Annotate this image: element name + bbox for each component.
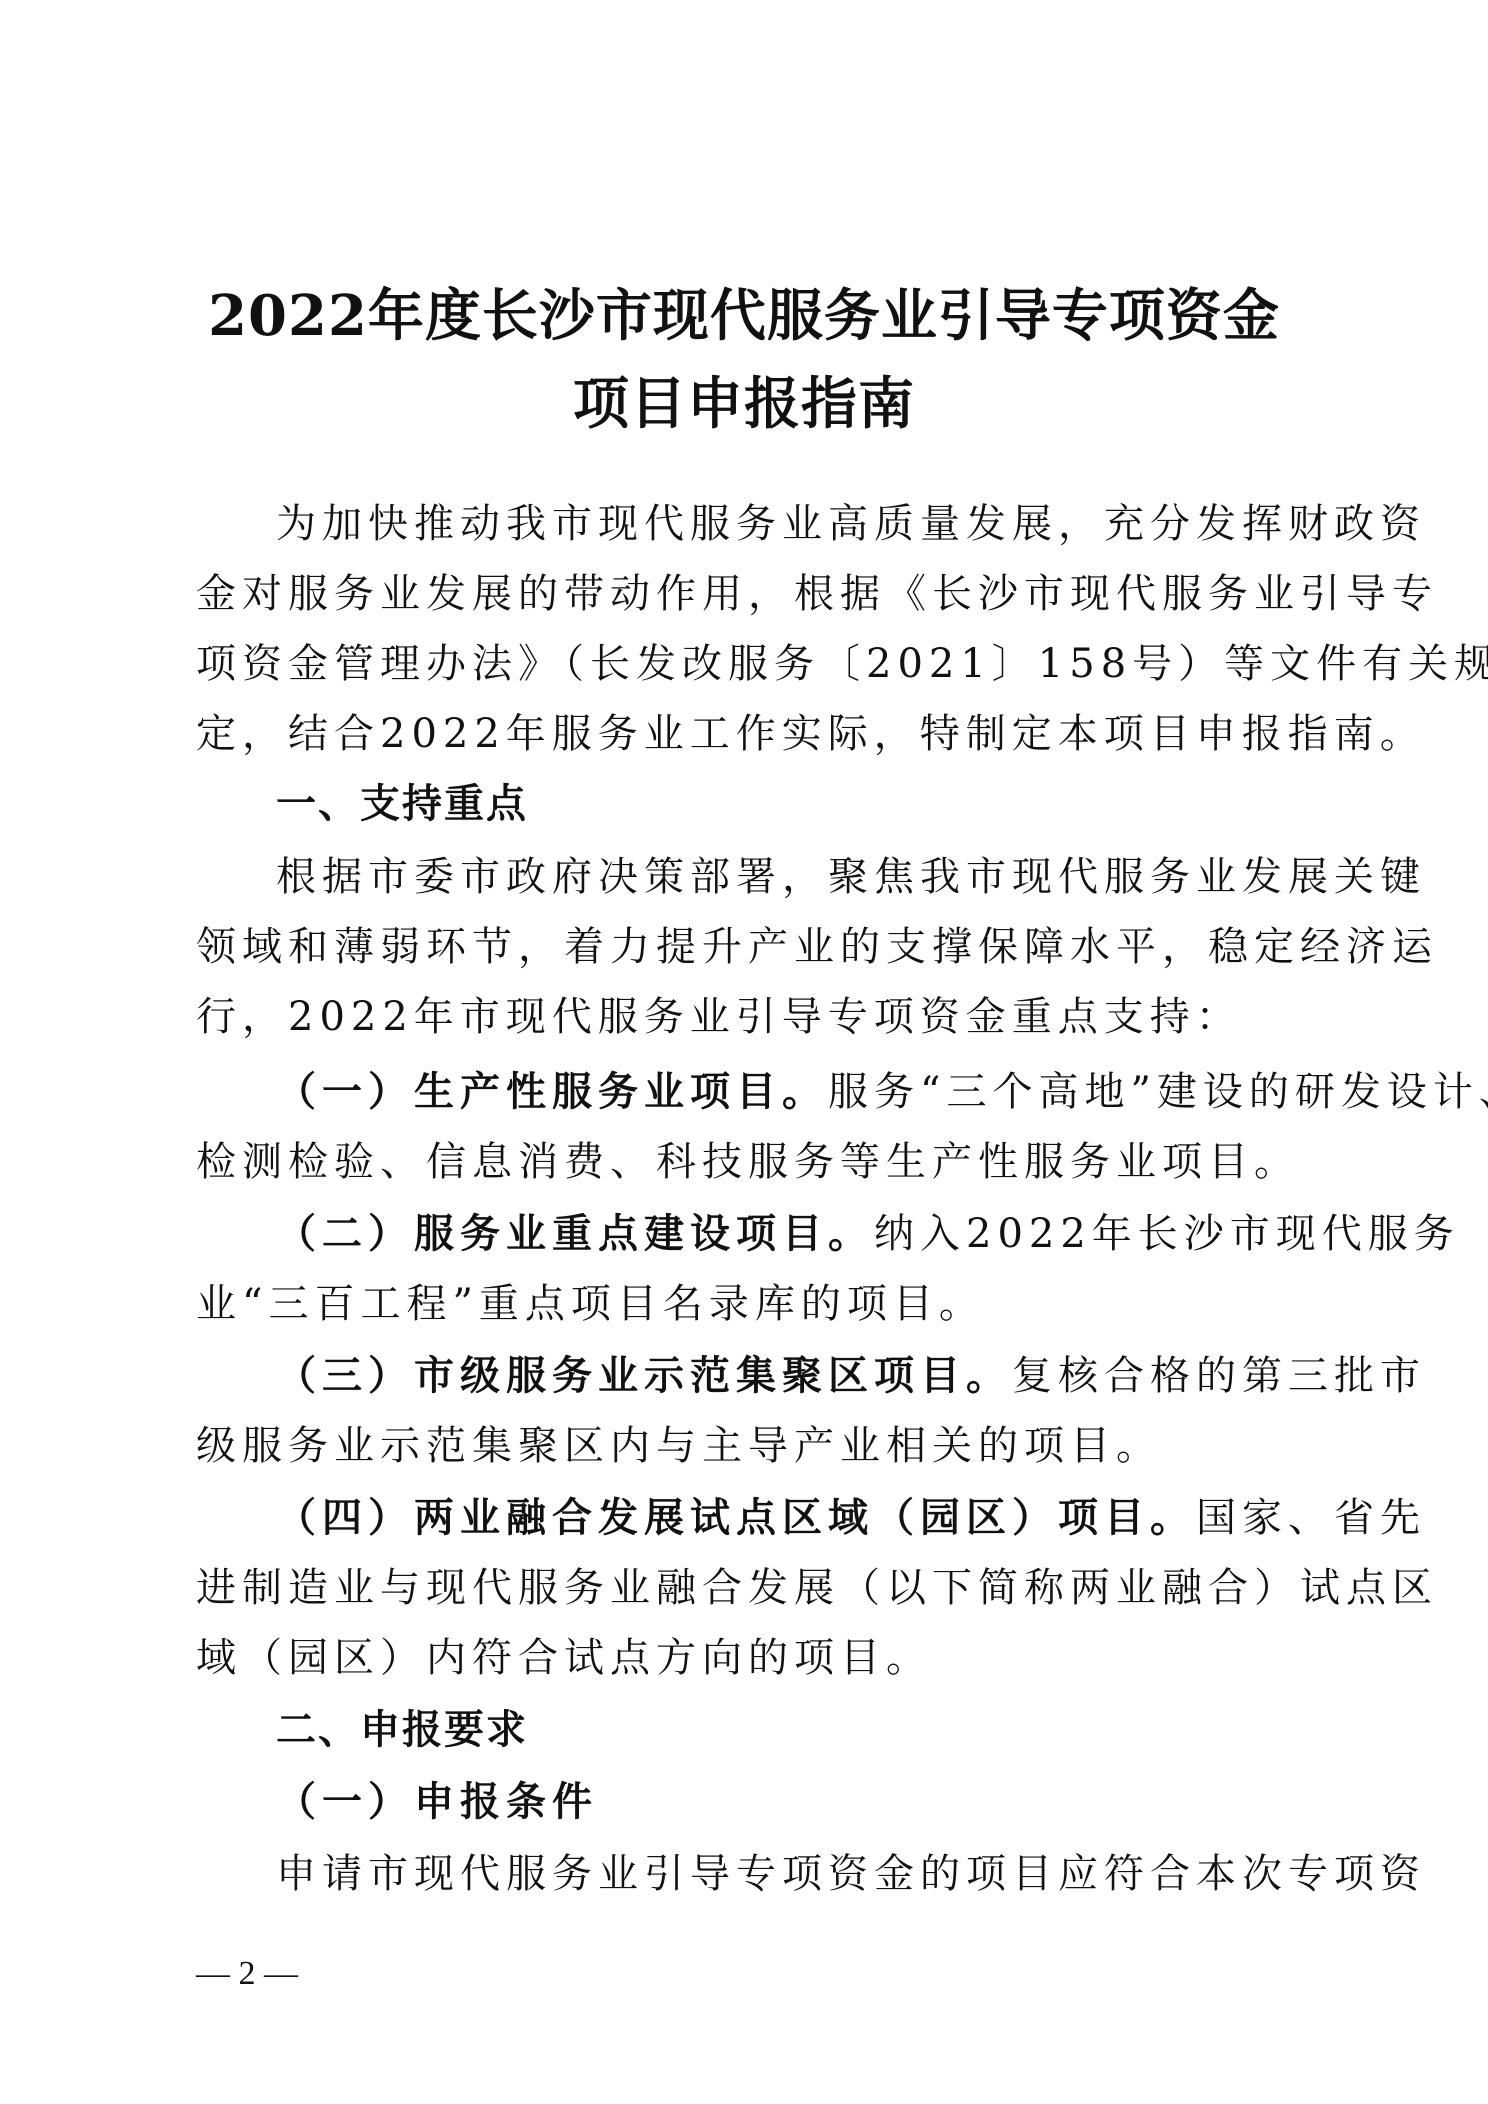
support-item: （一）生产性服务业项目。服务“三个高地”建设的研发设计、 <box>276 1068 1296 1116</box>
item-text: 国家、省先 <box>1196 1495 1426 1541</box>
item-text: 纳入2022年长沙市现代服务 <box>874 1211 1460 1257</box>
support-item: （二）服务业重点建设项目。纳入2022年长沙市现代服务 <box>276 1210 1296 1258</box>
support-item: （四）两业融合发展试点区域（园区）项目。国家、省先 <box>276 1494 1296 1542</box>
item-title: （三）市级服务业示范集聚区项目。 <box>276 1353 1012 1399</box>
intro-line: 金对服务业发展的带动作用，根据《长沙市现代服务业引导专 <box>196 570 1296 618</box>
intro-line: 项资金管理办法》（长发改服务〔2021〕158号）等文件有关规 <box>196 640 1296 688</box>
intro-line: 为加快推动我市现代服务业高质量发展，充分发挥财政资 <box>276 500 1296 548</box>
item-title: （一）生产性服务业项目。 <box>276 1069 828 1115</box>
sub-heading-text: （一）申报条件 <box>276 1779 598 1825</box>
body-line: 行，2022年市现代服务业引导专项资金重点支持： <box>196 993 1296 1041</box>
body-line: 检测检验、信息消费、科技服务等生产性服务业项目。 <box>196 1138 1296 1186</box>
page-number: — 2 — <box>196 1955 298 1993</box>
section-heading: 二、申报要求 <box>276 1706 1296 1754</box>
body-line: 领域和薄弱环节，着力提升产业的支撑保障水平，稳定经济运 <box>196 923 1296 971</box>
body-line: 级服务业示范集聚区内与主导产业相关的项目。 <box>196 1422 1296 1470</box>
document-title-line1: 2022年度长沙市现代服务业引导专项资金 <box>0 272 1488 352</box>
body-line: 域（园区）内符合试点方向的项目。 <box>196 1634 1296 1682</box>
sub-heading: （一）申报条件 <box>276 1778 1296 1826</box>
item-title: （四）两业融合发展试点区域（园区）项目。 <box>276 1495 1196 1541</box>
intro-line: 定，结合2022年服务业工作实际，特制定本项目申报指南。 <box>196 710 1296 758</box>
body-line: 根据市委市政府决策部署，聚焦我市现代服务业发展关键 <box>276 853 1296 901</box>
support-item: （三）市级服务业示范集聚区项目。复核合格的第三批市 <box>276 1352 1296 1400</box>
document-title-line2: 项目申报指南 <box>0 360 1488 440</box>
item-text: 复核合格的第三批市 <box>1012 1353 1426 1399</box>
body-line: 申请市现代服务业引导专项资金的项目应符合本次专项资 <box>276 1850 1296 1898</box>
item-title: （二）服务业重点建设项目。 <box>276 1211 874 1257</box>
item-text: 服务“三个高地”建设的研发设计、 <box>828 1069 1488 1115</box>
body-line: 进制造业与现代服务业融合发展（以下简称两业融合）试点区 <box>196 1564 1296 1612</box>
section-heading: 一、支持重点 <box>276 780 1296 828</box>
body-line: 业“三百工程”重点项目名录库的项目。 <box>196 1280 1296 1328</box>
